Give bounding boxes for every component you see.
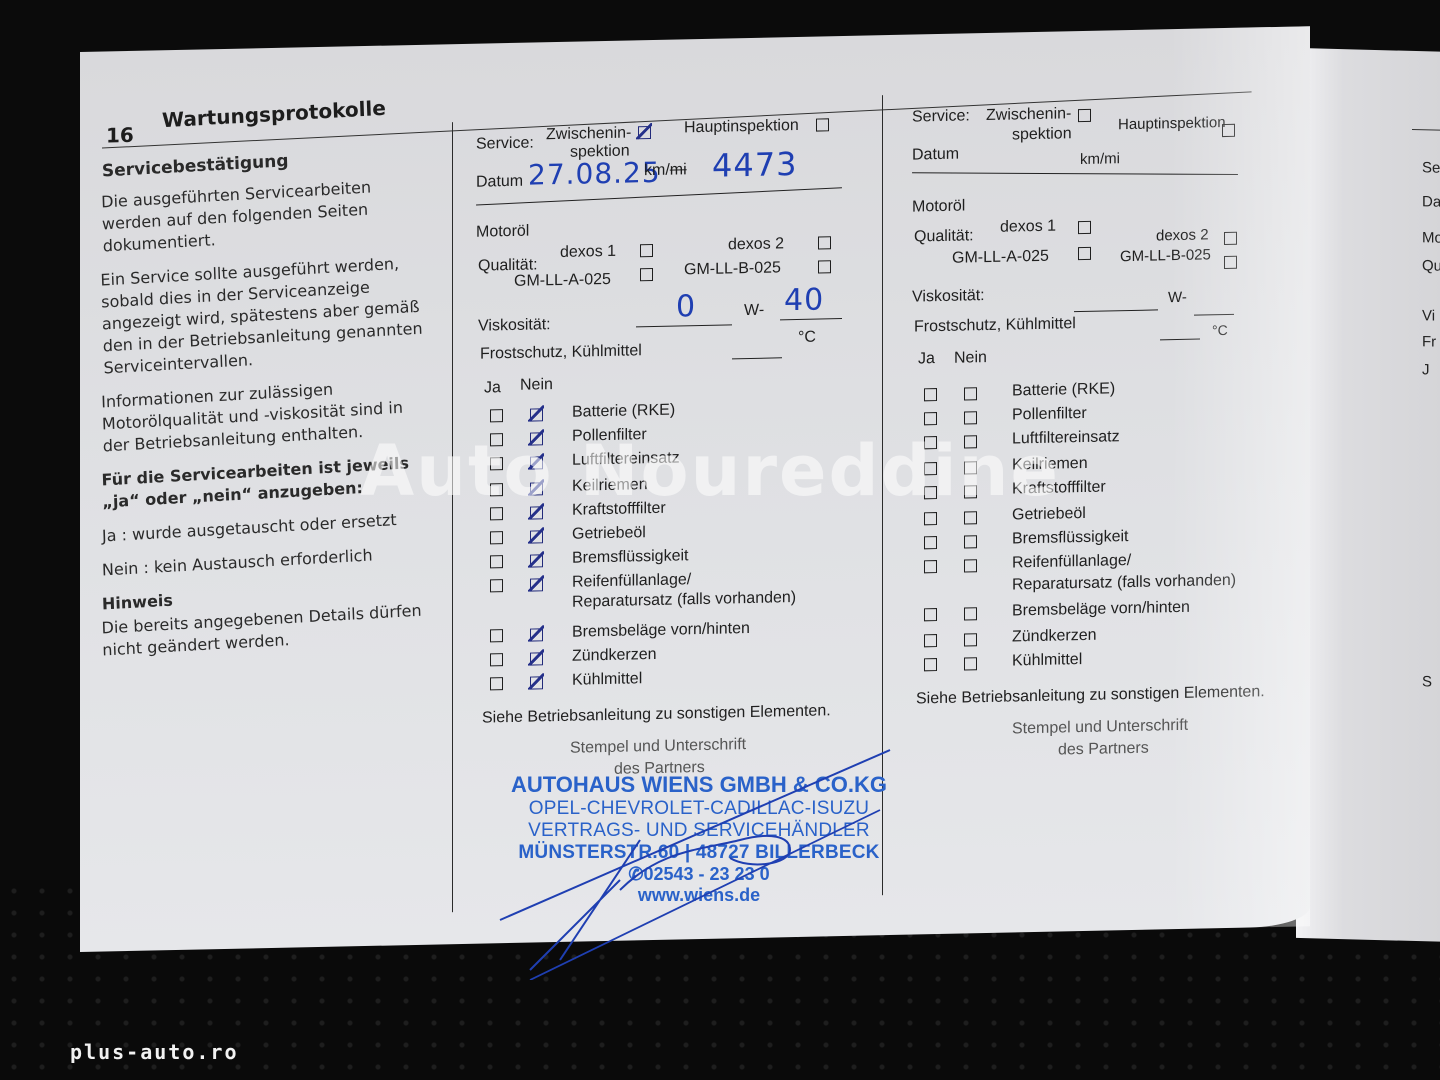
zwischeninspektion-label-2: spektion xyxy=(1012,125,1072,144)
ja-checkbox[interactable] xyxy=(490,653,503,666)
gmlla-checkbox[interactable] xyxy=(1078,247,1091,260)
next-page-stub: Fr xyxy=(1422,333,1436,350)
checklist-item-label: Bremsbeläge vorn/hinten xyxy=(572,620,750,642)
ja-checkbox[interactable] xyxy=(924,658,937,671)
viskositaet-low-value[interactable]: 0 xyxy=(676,289,696,324)
checklist-item-label: Reifenfüllanlage/ xyxy=(572,571,691,591)
viskositaet-high-value[interactable]: 40 xyxy=(784,282,824,318)
zwischeninspektion-label: Zwischenin- xyxy=(546,124,631,144)
next-page-stub: Mo xyxy=(1422,229,1440,247)
legend-nein: Nein : kein Austausch erforderlich xyxy=(102,541,433,581)
qualitaet-label: Qualität: xyxy=(914,227,974,246)
ja-checkbox[interactable] xyxy=(924,536,937,549)
checklist-item-label: Bremsflüssigkeit xyxy=(572,547,688,567)
zwischeninspektion-label: Zwischenin- xyxy=(986,105,1071,125)
viskositaet-high-rule xyxy=(1194,314,1234,316)
gmllb-checkbox[interactable] xyxy=(818,260,831,273)
km-unit: km/ xyxy=(644,162,670,180)
datum-label: Datum xyxy=(912,146,959,165)
viskositaet-low-rule xyxy=(1074,309,1158,312)
nein-checkbox[interactable] xyxy=(964,559,977,572)
nein-checkbox[interactable] xyxy=(530,530,543,543)
motoroel-label: Motoröl xyxy=(476,223,529,242)
hauptinspektion-checkbox[interactable] xyxy=(1222,124,1235,137)
hauptinspektion-label: Hauptinspektion xyxy=(684,117,799,137)
instructions-column: Servicebestätigung Die ausgeführten Serv… xyxy=(102,155,432,674)
hauptinspektion-label: Hauptinspektion xyxy=(1118,114,1226,133)
frostschutz-label: Frostschutz, Kühlmittel xyxy=(914,315,1076,336)
dexos2-label: dexos 2 xyxy=(728,235,784,254)
stempel-label: Stempel und Unterschrift xyxy=(1012,717,1188,739)
nein-checkbox[interactable] xyxy=(964,657,977,670)
ja-checkbox[interactable] xyxy=(924,560,937,573)
ja-checkbox[interactable] xyxy=(924,512,937,525)
gmlla-label: GM-LL-A-025 xyxy=(952,248,1049,268)
km-unit-label: km/mi xyxy=(644,161,687,180)
frostschutz-rule xyxy=(732,357,782,359)
dexos2-checkbox[interactable] xyxy=(1224,232,1237,245)
nein-checkbox[interactable] xyxy=(964,511,977,524)
ja-header: Ja xyxy=(918,350,935,368)
next-page-stub: Qu xyxy=(1422,257,1440,275)
handwritten-signature xyxy=(490,740,910,980)
chapter-title: Wartungsprotokolle xyxy=(162,96,387,132)
ja-checkbox[interactable] xyxy=(490,677,503,690)
checklist-item-label: Reifenfüllanlage/ xyxy=(1012,552,1131,572)
checklist-item-label: Zündkerzen xyxy=(572,646,657,666)
next-page-rule xyxy=(1412,129,1440,131)
dexos1-label: dexos 1 xyxy=(1000,218,1056,237)
checklist-entry-2: Batterie (RKE)PollenfilterLuftfiltereins… xyxy=(912,86,1312,94)
ja-checkbox[interactable] xyxy=(924,634,937,647)
nein-checkbox[interactable] xyxy=(964,387,977,400)
checklist-item-label: Kühlmittel xyxy=(572,670,642,689)
frostschutz-rule xyxy=(1160,339,1200,341)
siehe-note: Siehe Betriebsanleitung zu sonstigen Ele… xyxy=(916,683,1265,708)
ja-checkbox[interactable] xyxy=(924,412,937,425)
nein-checkbox[interactable] xyxy=(530,408,543,421)
datum-value[interactable]: 27.08.25 xyxy=(528,156,661,192)
checklist-item-label: Reparatursatz (falls vorhanden) xyxy=(572,589,796,612)
checklist-item-label: Bremsflüssigkeit xyxy=(1012,528,1128,548)
nein-checkbox[interactable] xyxy=(530,628,543,641)
ja-checkbox[interactable] xyxy=(924,608,937,621)
checklist-item-label: Kühlmittel xyxy=(1012,651,1082,670)
frostschutz-label: Frostschutz, Kühlmittel xyxy=(480,342,642,363)
page-number: 16 xyxy=(106,123,134,148)
celsius-label: °C xyxy=(1212,322,1228,338)
next-page: Se Da Mo Qu Vi Fr J S xyxy=(1296,48,1440,942)
gmlla-checkbox[interactable] xyxy=(640,268,653,281)
datum-rule xyxy=(912,172,1238,175)
hauptinspektion-checkbox[interactable] xyxy=(816,118,829,131)
nein-checkbox[interactable] xyxy=(964,411,977,424)
gmlla-label: GM-LL-A-025 xyxy=(514,271,611,291)
celsius-label: °C xyxy=(798,329,816,347)
checklist-item-label: Zündkerzen xyxy=(1012,627,1097,647)
watermark: Auto Noureddine xyxy=(360,430,1060,512)
next-page-stub: Da xyxy=(1422,193,1440,211)
dexos1-checkbox[interactable] xyxy=(640,244,653,257)
ja-header: Ja xyxy=(484,379,501,397)
ja-checkbox[interactable] xyxy=(490,555,503,568)
footer-brand: plus-auto.ro xyxy=(70,1040,239,1064)
nein-checkbox[interactable] xyxy=(530,652,543,665)
nein-checkbox[interactable] xyxy=(530,554,543,567)
ja-checkbox[interactable] xyxy=(490,409,503,422)
checklist-item-label: Batterie (RKE) xyxy=(572,402,675,422)
viskositaet-label: Viskosität: xyxy=(478,316,551,336)
dexos2-checkbox[interactable] xyxy=(818,236,831,249)
zwischeninspektion-checkbox[interactable] xyxy=(638,126,651,139)
checklist-item-label: Getriebeöl xyxy=(572,524,646,544)
dexos1-label: dexos 1 xyxy=(560,243,616,262)
datum-label: Datum xyxy=(476,173,523,192)
next-page-stub: S xyxy=(1422,673,1432,690)
nein-checkbox[interactable] xyxy=(964,633,977,646)
checklist-item-label: Bremsbeläge vorn/hinten xyxy=(1012,599,1190,621)
column-divider xyxy=(452,122,453,912)
nein-header: Nein xyxy=(954,349,987,368)
next-page-stub: Vi xyxy=(1422,307,1435,324)
dexos2-label: dexos 2 xyxy=(1156,226,1209,244)
service-label: Service: xyxy=(476,134,534,153)
checklist-item-label: Batterie (RKE) xyxy=(1012,380,1115,400)
stempel-label-2: des Partners xyxy=(1058,740,1149,760)
ja-checkbox[interactable] xyxy=(490,629,503,642)
mi-unit-struck: mi xyxy=(670,161,687,178)
nein-header: Nein xyxy=(520,376,553,395)
ja-checkbox[interactable] xyxy=(924,388,937,401)
km-value[interactable]: 4473 xyxy=(712,145,797,185)
instruction-paragraph: Die ausgeführten Servicearbeiten werden … xyxy=(101,173,433,257)
gmllb-checkbox[interactable] xyxy=(1224,256,1237,269)
ja-checkbox[interactable] xyxy=(490,579,503,592)
instruction-paragraph: Ein Service sollte ausgeführt werden, so… xyxy=(100,251,434,379)
siehe-note: Siehe Betriebsanleitung zu sonstigen Ele… xyxy=(482,702,831,727)
nein-checkbox[interactable] xyxy=(530,676,543,689)
w-label: W- xyxy=(744,302,764,320)
nein-checkbox[interactable] xyxy=(964,607,977,620)
w-label: W- xyxy=(1168,289,1187,306)
nein-checkbox[interactable] xyxy=(964,535,977,548)
viskositaet-high-rule xyxy=(780,318,842,320)
checklist-item-label: Reparatursatz (falls vorhanden) xyxy=(1012,572,1236,595)
legend-ja: Ja : wurde ausgetauscht oder ersetzt xyxy=(102,507,433,547)
gmllb-label: GM-LL-B-025 xyxy=(1120,246,1211,265)
km-mi-label: km/mi xyxy=(1080,150,1120,168)
viskositaet-label: Viskosität: xyxy=(912,287,985,307)
dexos1-checkbox[interactable] xyxy=(1078,221,1091,234)
viskositaet-low-rule xyxy=(636,324,732,327)
zwischeninspektion-checkbox[interactable] xyxy=(1078,109,1091,122)
nein-checkbox[interactable] xyxy=(530,578,543,591)
motoroel-label: Motoröl xyxy=(912,197,965,216)
checklist-item-label: Pollenfilter xyxy=(1012,405,1087,425)
gmllb-label: GM-LL-B-025 xyxy=(684,259,781,279)
service-label: Service: xyxy=(912,107,970,126)
next-page-stub: Se xyxy=(1422,159,1440,176)
ja-checkbox[interactable] xyxy=(490,531,503,544)
next-page-stub: J xyxy=(1422,361,1430,378)
